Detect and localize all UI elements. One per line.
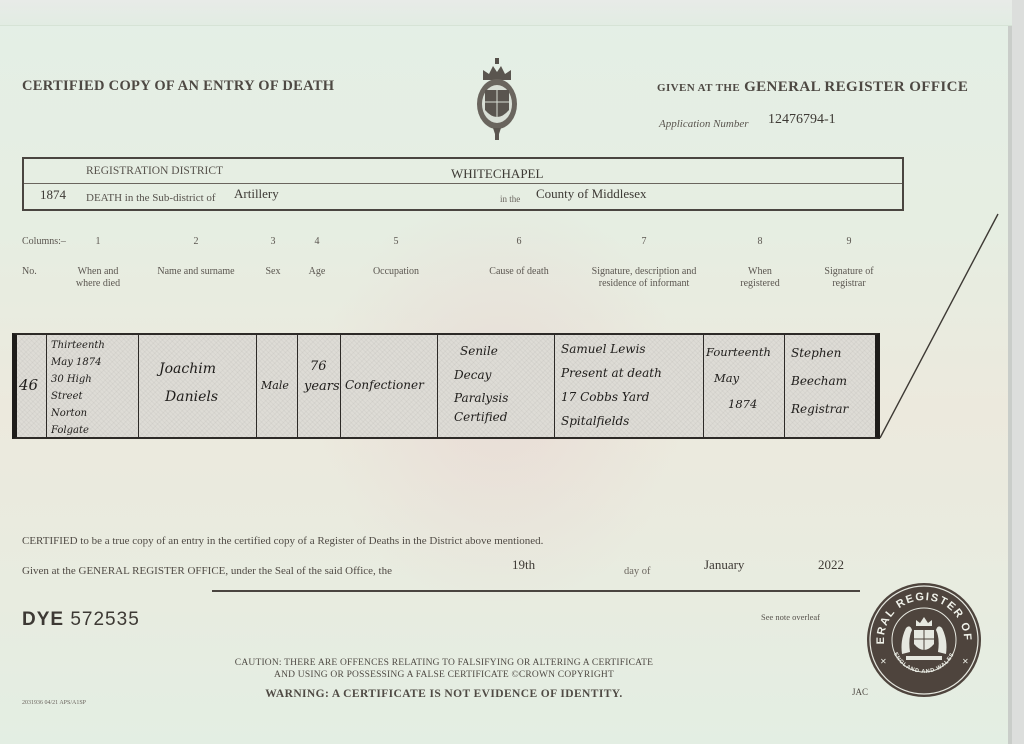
- general-register-office-seal-icon: GENERAL REGISTER OFFICE ENGLAND AND WALE…: [866, 582, 982, 698]
- columns-label: Columns:–: [22, 236, 66, 247]
- column-number-8: 8: [750, 236, 770, 247]
- certificate-title: CERTIFIED COPY OF AN ENTRY OF DEATH: [22, 78, 334, 95]
- column-header-no: No.: [22, 266, 52, 278]
- entry-informant: Samuel Lewis Present at death 17 Cobbs Y…: [561, 337, 662, 433]
- certification-month: January: [704, 557, 744, 573]
- entry-informant-residence: 17 Cobbs Yard: [561, 385, 662, 409]
- entry-informant-name: Samuel Lewis: [561, 337, 662, 361]
- column-header-name: Name and surname: [146, 266, 246, 278]
- registration-district-label: REGISTRATION DISTRICT: [86, 165, 223, 177]
- caution-notice: CAUTION: THERE ARE OFFENCES RELATING TO …: [160, 658, 728, 681]
- entry-cell-name: Joachim Daniels: [139, 335, 257, 437]
- certificate-serial-number: DYE 572535: [22, 609, 140, 631]
- column-header-registrar: Signature of registrar: [814, 266, 884, 290]
- entry-registrar: Stephen Beecham Registrar: [791, 339, 848, 423]
- entry-address-line: 30 High: [51, 371, 105, 388]
- entry-cell-no: 46: [17, 335, 47, 437]
- entry-cause-line: Senile: [454, 339, 508, 363]
- entry-registered-month: May: [706, 365, 771, 391]
- page-top-edge: [0, 0, 1012, 26]
- royal-crest-icon: [474, 58, 520, 140]
- caution-line-1: CAUTION: THERE ARE OFFENCES RELATING TO …: [160, 658, 728, 670]
- svg-text:✕: ✕: [880, 657, 887, 666]
- column-number-4: 4: [307, 236, 327, 247]
- entry-occupation: Confectioner: [345, 377, 424, 394]
- given-at-prefix: GIVEN AT THE: [657, 82, 740, 94]
- issuing-office-heading: GIVEN AT THE GENERAL REGISTER OFFICE: [657, 78, 968, 96]
- column-header-when-where-died: When and where died: [68, 266, 128, 290]
- column-header-age: Age: [302, 266, 332, 278]
- entry-surname: Daniels: [159, 383, 218, 411]
- entry-cell-occupation: Confectioner: [341, 335, 438, 437]
- column-number-2: 2: [176, 236, 216, 247]
- column-header-occupation: Occupation: [356, 266, 436, 278]
- county-value: County of Middlesex: [536, 186, 647, 202]
- certification-year: 2022: [818, 557, 844, 573]
- column-header-sex: Sex: [258, 266, 288, 278]
- entry-registrar-title: Registrar: [791, 395, 848, 423]
- subdistrict-value: Artillery: [234, 186, 279, 202]
- registration-box-divider: [24, 183, 902, 184]
- general-register-office-label: GENERAL REGISTER OFFICE: [744, 79, 968, 95]
- entry-registrar-forename: Stephen: [791, 339, 848, 367]
- column-number-5: 5: [386, 236, 406, 247]
- entry-age: 76 years: [304, 357, 340, 397]
- entry-address-line: Folgate: [51, 422, 105, 439]
- cancellation-diagonal-line: [878, 212, 1002, 440]
- death-entry-row: 46 Thirteenth May 1874 30 High Street No…: [12, 333, 880, 439]
- entry-number: 46: [19, 377, 38, 394]
- entry-cell-when-where: Thirteenth May 1874 30 High Street Norto…: [47, 335, 139, 437]
- entry-registered-day: Fourteenth: [706, 339, 771, 365]
- certification-day: 19th: [512, 557, 535, 573]
- entry-date-month-year: May 1874: [51, 354, 105, 371]
- entry-cell-sex: Male: [257, 335, 298, 437]
- entry-cell-cause: Senile Decay Paralysis Certified: [438, 335, 555, 437]
- svg-text:✕: ✕: [962, 657, 969, 666]
- serial-digits: 572535: [70, 609, 139, 630]
- certification-statement: CERTIFIED to be a true copy of an entry …: [22, 535, 543, 547]
- caution-line-2: AND USING OR POSSESSING A FALSE CERTIFIC…: [160, 670, 728, 682]
- identity-warning: WARNING: A CERTIFICATE IS NOT EVIDENCE O…: [160, 688, 728, 700]
- entry-cell-when-registered: Fourteenth May 1874: [704, 335, 785, 437]
- entry-cause-of-death: Senile Decay Paralysis Certified: [454, 339, 508, 429]
- certificate-page: CERTIFIED COPY OF AN ENTRY OF DEATH GIVE…: [0, 0, 1012, 744]
- signature-rule: [212, 590, 860, 592]
- entry-date-day: Thirteenth: [51, 337, 105, 354]
- entry-sex: Male: [261, 377, 289, 394]
- issuer-initials: JAC: [852, 687, 868, 697]
- column-header-informant: Signature, description and residence of …: [584, 266, 704, 290]
- entry-informant-residence: Spitalfields: [561, 409, 662, 433]
- column-header-cause-of-death: Cause of death: [474, 266, 564, 278]
- registration-district-value: WHITECHAPEL: [451, 166, 543, 182]
- entry-name: Joachim Daniels: [159, 355, 218, 411]
- entry-when-registered: Fourteenth May 1874: [706, 339, 771, 417]
- entry-cell-informant: Samuel Lewis Present at death 17 Cobbs Y…: [555, 335, 704, 437]
- entry-age-value: 76: [304, 357, 340, 377]
- entry-cell-registrar: Stephen Beecham Registrar: [785, 335, 875, 437]
- column-header-when-registered: When registered: [730, 266, 790, 290]
- entry-age-unit: years: [304, 377, 340, 397]
- column-number-6: 6: [509, 236, 529, 247]
- entry-cell-age: 76 years: [298, 335, 341, 437]
- application-number-value: 12476794-1: [768, 112, 836, 128]
- entry-certified: Certified: [454, 405, 508, 429]
- column-number-9: 9: [839, 236, 859, 247]
- entry-cause-line: Decay: [454, 363, 508, 387]
- entry-address-line: Street: [51, 388, 105, 405]
- subdistrict-label: DEATH in the Sub-district of: [86, 192, 216, 204]
- form-code: 2031936 04/21 APS/A1SP: [22, 700, 86, 706]
- column-number-7: 7: [634, 236, 654, 247]
- in-the-label: in the: [500, 194, 520, 204]
- column-number-3: 3: [263, 236, 283, 247]
- application-number-label: Application Number: [659, 118, 749, 130]
- entry-registered-year: 1874: [706, 391, 771, 417]
- entry-address-line: Norton: [51, 405, 105, 422]
- entry-when-where-died: Thirteenth May 1874 30 High Street Norto…: [51, 337, 105, 439]
- see-note-overleaf: See note overleaf: [761, 612, 820, 622]
- registration-district-box: REGISTRATION DISTRICT WHITECHAPEL 1874 D…: [22, 157, 904, 211]
- entry-registrar-surname: Beecham: [791, 367, 848, 395]
- entry-informant-description: Present at death: [561, 361, 662, 385]
- day-of-label: day of: [624, 566, 651, 577]
- serial-prefix: DYE: [22, 609, 64, 630]
- entry-forename: Joachim: [159, 355, 218, 383]
- registration-year: 1874: [40, 187, 66, 203]
- given-under-seal-statement: Given at the GENERAL REGISTER OFFICE, un…: [22, 565, 392, 577]
- column-number-1: 1: [78, 236, 118, 247]
